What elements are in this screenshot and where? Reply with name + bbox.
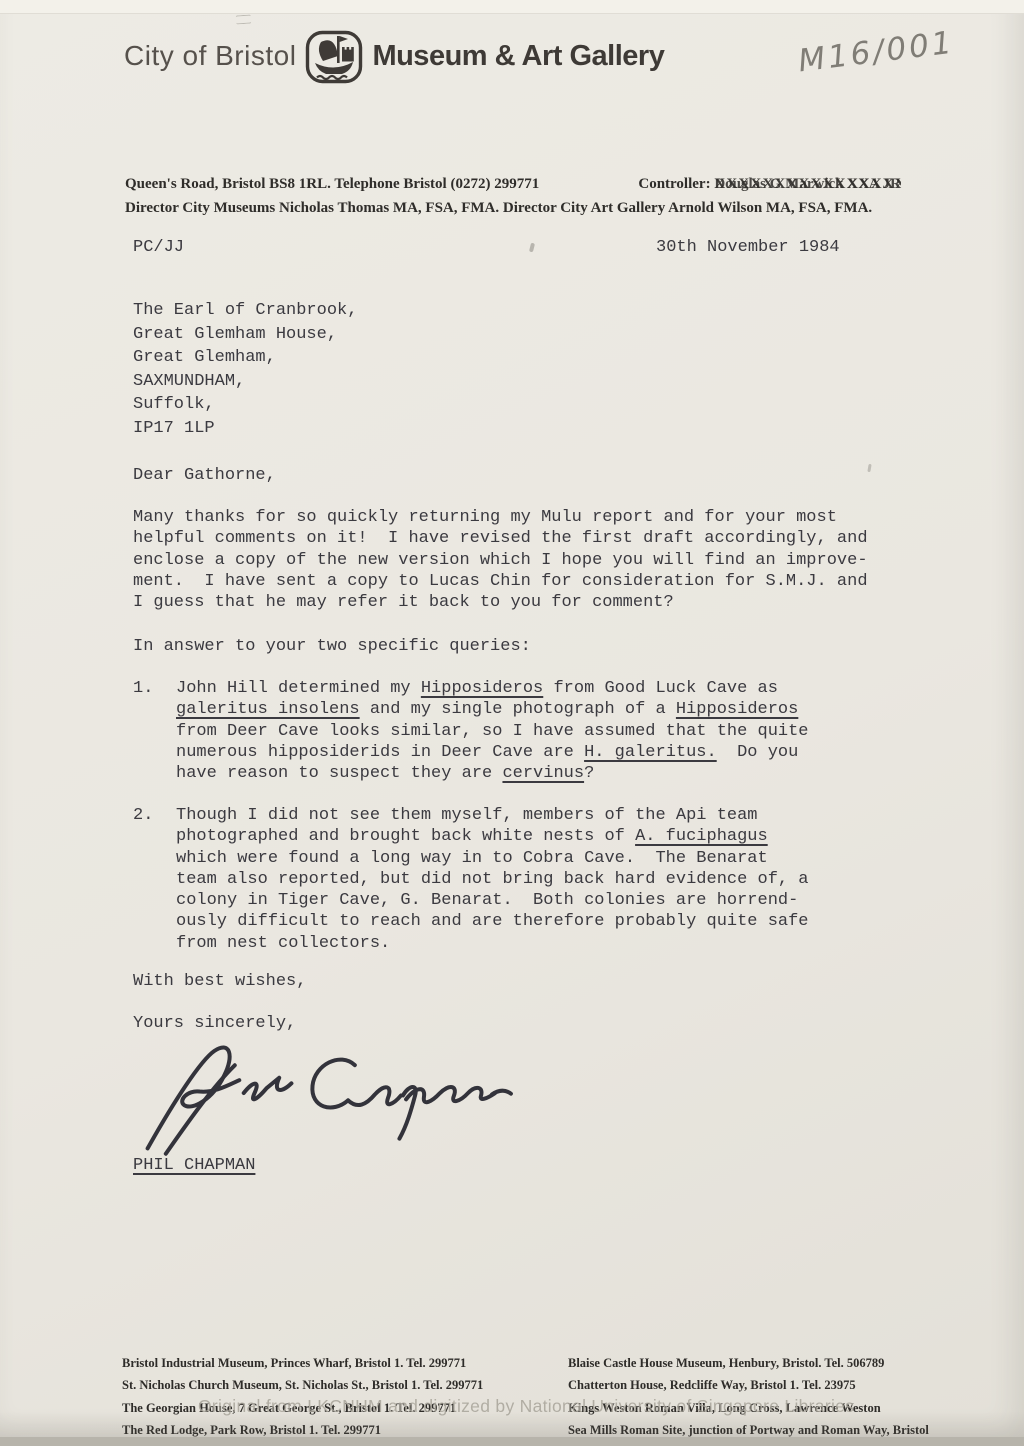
brand-museum-art-gallery: Museum & Art Gallery (372, 40, 664, 73)
scanned-letter-page: City of Bristol Museum & Art Gallery M16… (0, 0, 1024, 1446)
stray-ink-mark (529, 243, 535, 253)
controller-line: Controller: Douglas G Marwick XXA JRXXXX… (638, 176, 901, 193)
typing-reference: PC/JJ (133, 238, 184, 257)
bristol-ship-badge-icon (305, 30, 363, 84)
letter-date: 30th November 1984 (656, 238, 840, 257)
scan-top-edge (0, 0, 1024, 14)
letterhead-brand: City of Bristol Museum & Art Gallery (124, 28, 664, 84)
list-item-2: 2. Though I did not see them myself, mem… (133, 805, 809, 954)
paragraph-opening: Many thanks for so quickly returning my … (133, 507, 868, 613)
handwritten-signature (138, 1031, 522, 1166)
stray-ink-mark (867, 464, 871, 472)
handwritten-reference-number: M16/001 (796, 25, 956, 80)
list-item-2-text: Though I did not see them myself, member… (176, 805, 809, 954)
list-item-1-text: John Hill determined my Hipposideros fro… (176, 678, 809, 784)
list-item-1: 1. John Hill determined my Hipposideros … (133, 678, 809, 784)
recipient-address-block: The Earl of Cranbrook,Great Glemham Hous… (133, 299, 357, 441)
controller-name-crossed-out: Douglas G Marwick XXA JRXXXXXXXXXXXXXXXX… (714, 176, 901, 193)
list-item-2-number: 2. (133, 805, 176, 954)
scan-bottom-shade (0, 1411, 1024, 1437)
letterhead-details: Queen's Road, Bristol BS8 1RL. Telephone… (125, 176, 901, 217)
closing-best-wishes: With best wishes, (133, 972, 306, 991)
salutation: Dear Gathorne, (133, 466, 276, 485)
brand-city-of-bristol: City of Bristol (124, 40, 296, 72)
controller-label: Controller: (638, 176, 714, 192)
list-item-1-number: 1. (133, 678, 176, 784)
closing-yours-sincerely: Yours sincerely, (133, 1014, 296, 1033)
scan-bottom-edge (0, 1437, 1024, 1446)
letterhead-directors: Director City Museums Nicholas Thomas MA… (125, 200, 901, 217)
typed-signature-name: PHIL CHAPMAN (133, 1156, 255, 1175)
pencil-mark (236, 14, 252, 24)
paragraph-queries-intro: In answer to your two specific queries: (133, 637, 531, 656)
letterhead-address-phone: Queen's Road, Bristol BS8 1RL. Telephone… (125, 176, 539, 193)
